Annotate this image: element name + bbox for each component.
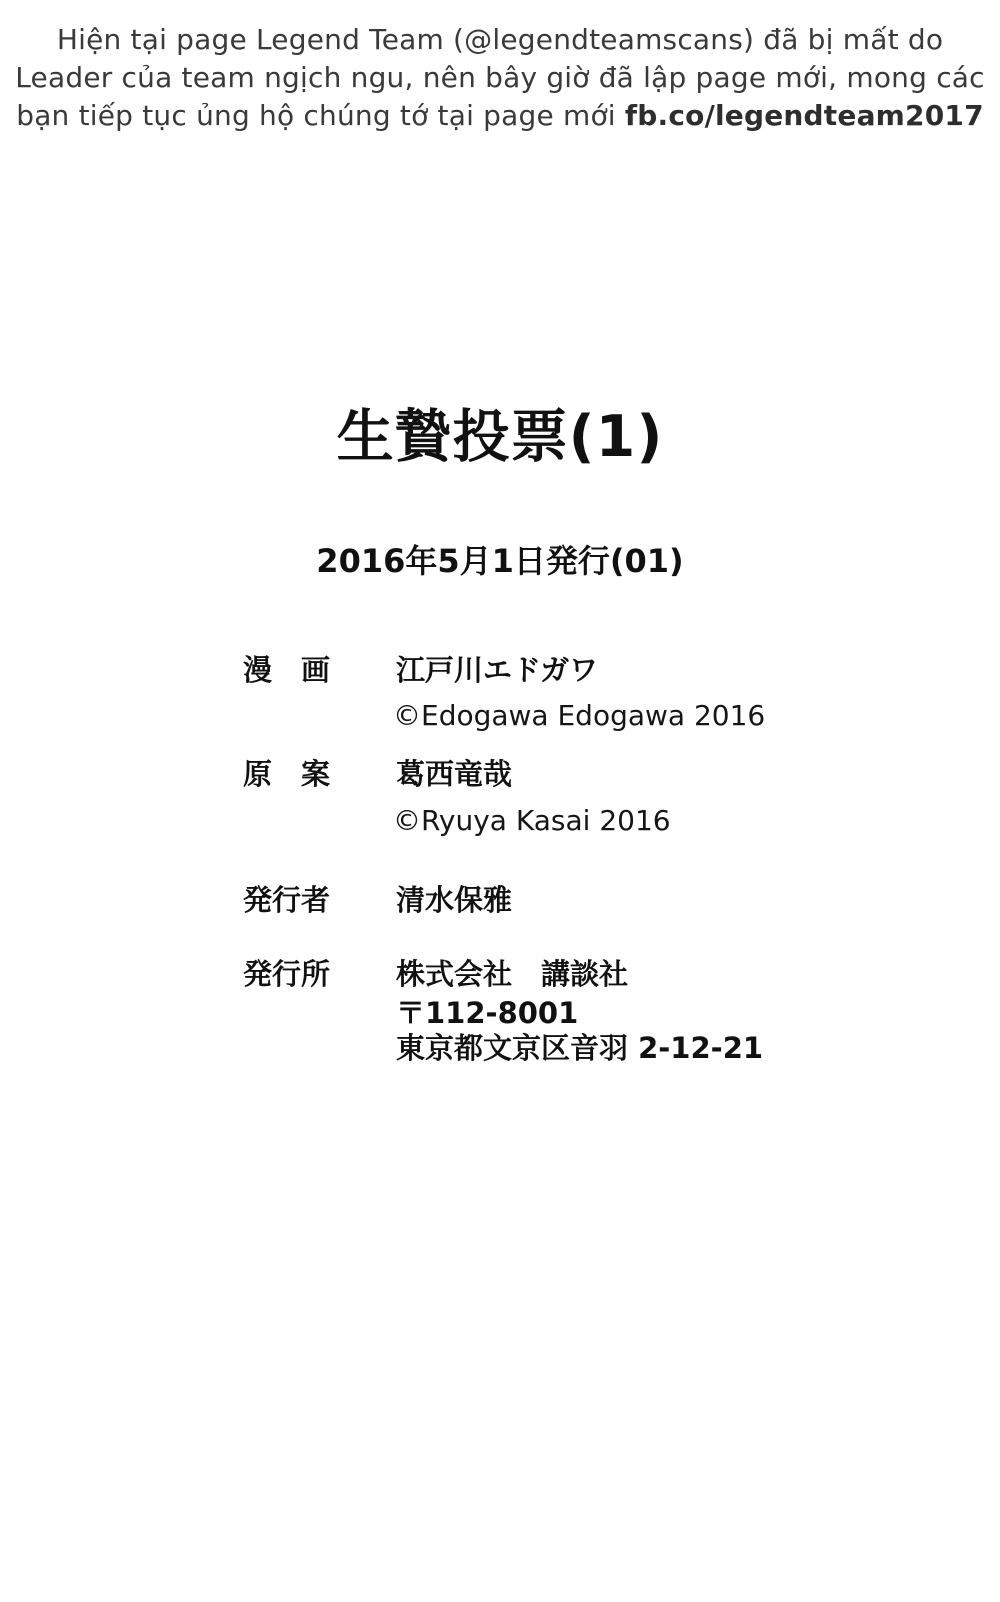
copyright-note-artist: ©Edogawa Edogawa 2016: [393, 700, 765, 732]
new-page-url: fb.co/legendteam2017: [625, 99, 984, 132]
publication-date: 2016年5月1日発行(01): [0, 543, 1000, 579]
publisher-address: 東京都文京区音羽 2-12-21: [396, 1031, 763, 1065]
notice-line-3-text: bạn tiếp tục ủng hộ chúng tớ tại page mớ…: [16, 99, 625, 132]
publisher-postal-code: 〒112-8001: [396, 996, 578, 1030]
scanlation-notice: Hiện tại page Legend Team (@legendteamsc…: [0, 21, 1000, 135]
credit-label-manga-artist: 漫 画: [243, 653, 330, 687]
copyright-note-original-story: ©Ryuya Kasai 2016: [393, 805, 671, 837]
manga-colophon-page: Hiện tại page Legend Team (@legendteamsc…: [0, 0, 1000, 1602]
notice-line-2: Leader của team ngịch ngu, nên bây giờ đ…: [0, 59, 1000, 97]
credit-label-publisher-person: 発行者: [243, 883, 330, 917]
credit-label-original-story: 原 案: [243, 757, 330, 791]
credit-value-publisher-person: 清水保雅: [396, 883, 512, 917]
credit-value-original-story: 葛西竜哉: [396, 757, 512, 791]
credit-label-publishing-house: 発行所: [243, 957, 330, 991]
notice-line-1: Hiện tại page Legend Team (@legendteamsc…: [0, 21, 1000, 59]
book-title: 生贄投票(1): [0, 405, 1000, 469]
credit-value-publishing-house: 株式会社 講談社: [396, 957, 628, 991]
credit-value-manga-artist: 江戸川エドガワ: [396, 653, 598, 687]
notice-line-3: bạn tiếp tục ủng hộ chúng tớ tại page mớ…: [0, 97, 1000, 135]
